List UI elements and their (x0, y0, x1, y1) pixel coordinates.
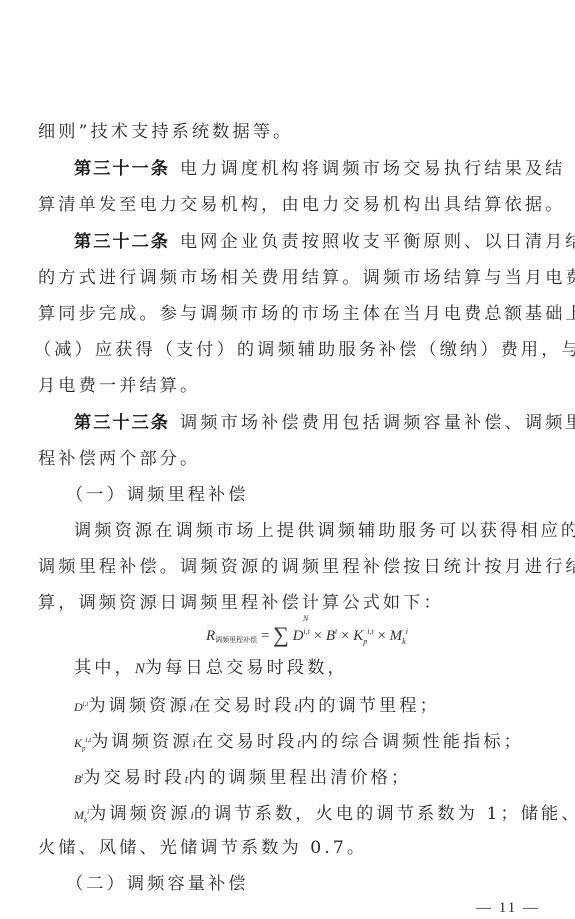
article-33-title: 第三十三条 (74, 413, 170, 433)
variable-M: Mki (74, 808, 89, 822)
text-line: （减）应获得（支付）的调频辅助服务补偿（缴纳）费用，与当 (34, 338, 534, 362)
text-line: 调频市场补偿费用包括调频容量补偿、调频里 (180, 413, 575, 433)
variable-D: Di,t (74, 700, 88, 714)
variable-K: Kpi,t (74, 736, 91, 750)
text: 为交易时段 (83, 768, 184, 788)
summation-icon: ∑ (273, 622, 289, 647)
text-line: 调频里程补偿。调频资源的调频里程补偿按日统计按月进行结 (38, 555, 538, 579)
text-line: 电力调度机构将调频市场交易执行结果及结 (180, 159, 565, 179)
text: 在交易时段 (193, 696, 294, 716)
text: 的调节系数，火电的调节系数为 1；储能、 (194, 804, 575, 824)
definition-D: Di,t为调频资源i在交易时段t内的调节里程； (74, 692, 544, 719)
variable-B: Bt (74, 772, 83, 786)
formula: R调频里程补偿 = ∑N Di,t × Bt × Kpi,t × Mki (206, 620, 408, 646)
text-line: 算，调频资源日调频里程补偿计算公式如下： (38, 591, 538, 615)
variable-N: N (135, 661, 145, 677)
text: 为调频资源 (89, 804, 190, 824)
article-31: 第三十一条电力调度机构将调频市场交易执行结果及结 (74, 157, 544, 181)
text-line: 算清单发至电力交易机构，由电力交易机构出具结算依据。 (38, 193, 538, 217)
text: 在交易时段 (196, 732, 297, 752)
formula-lhs-subscript: 调频里程补偿 (215, 636, 257, 644)
article-32-title: 第三十二条 (74, 232, 170, 252)
text: 内的综合调频性能指标； (301, 732, 524, 752)
text-line: 月电费一并结算。 (38, 374, 538, 398)
section-heading-1: （一）调频里程补偿 (66, 483, 566, 507)
text-line: 程补偿两个部分。 (38, 447, 538, 471)
text: 内的调节里程； (298, 696, 440, 716)
formula-lhs: R (206, 628, 215, 644)
article-31-title: 第三十一条 (74, 159, 170, 179)
page-number: — 11 — (476, 900, 540, 917)
text: 为调频资源 (88, 696, 189, 716)
text: 为调频资源 (91, 732, 192, 752)
text-line: 火储、风储、光储调节系数为 0.7。 (38, 836, 538, 860)
where-line: 其中，N为每日总交易时段数， (74, 656, 544, 681)
formula-equals: = (261, 628, 269, 644)
text-line: 调频资源在调频市场上提供调频辅助服务可以获得相应的 (74, 519, 544, 543)
text-line: 的方式进行调频市场相关费用结算。调频市场结算与当月电费结 (38, 266, 538, 290)
definition-M: Mki为调频资源i的调节系数，火电的调节系数为 1；储能、 (74, 800, 544, 832)
text-line: 电网企业负责按照收支平衡原则、以日清月结 (180, 232, 575, 252)
text: 其中， (74, 658, 135, 678)
section-heading-2: （二）调频容量补偿 (66, 872, 566, 896)
definition-B: Bt为交易时段t内的调频里程出清价格； (74, 764, 544, 791)
text: 为每日总交易时段数， (145, 658, 348, 678)
sum-upper-limit: N (303, 614, 308, 623)
text-line: 细则”技术支持系统数据等。 (38, 120, 538, 144)
article-32: 第三十二条电网企业负责按照收支平衡原则、以日清月结 (74, 230, 544, 254)
text-line: 算同步完成。参与调频市场的市场主体在当月电费总额基础上加 (38, 302, 538, 326)
definition-K: Kpi,t为调频资源i在交易时段t内的综合调频性能指标； (74, 728, 544, 760)
formula-terms: Di,t × Bt × Kpi,t × Mki (293, 628, 408, 644)
article-33: 第三十三条调频市场补偿费用包括调频容量补偿、调频里 (74, 411, 544, 435)
text: 内的调频里程出清价格； (188, 768, 411, 788)
